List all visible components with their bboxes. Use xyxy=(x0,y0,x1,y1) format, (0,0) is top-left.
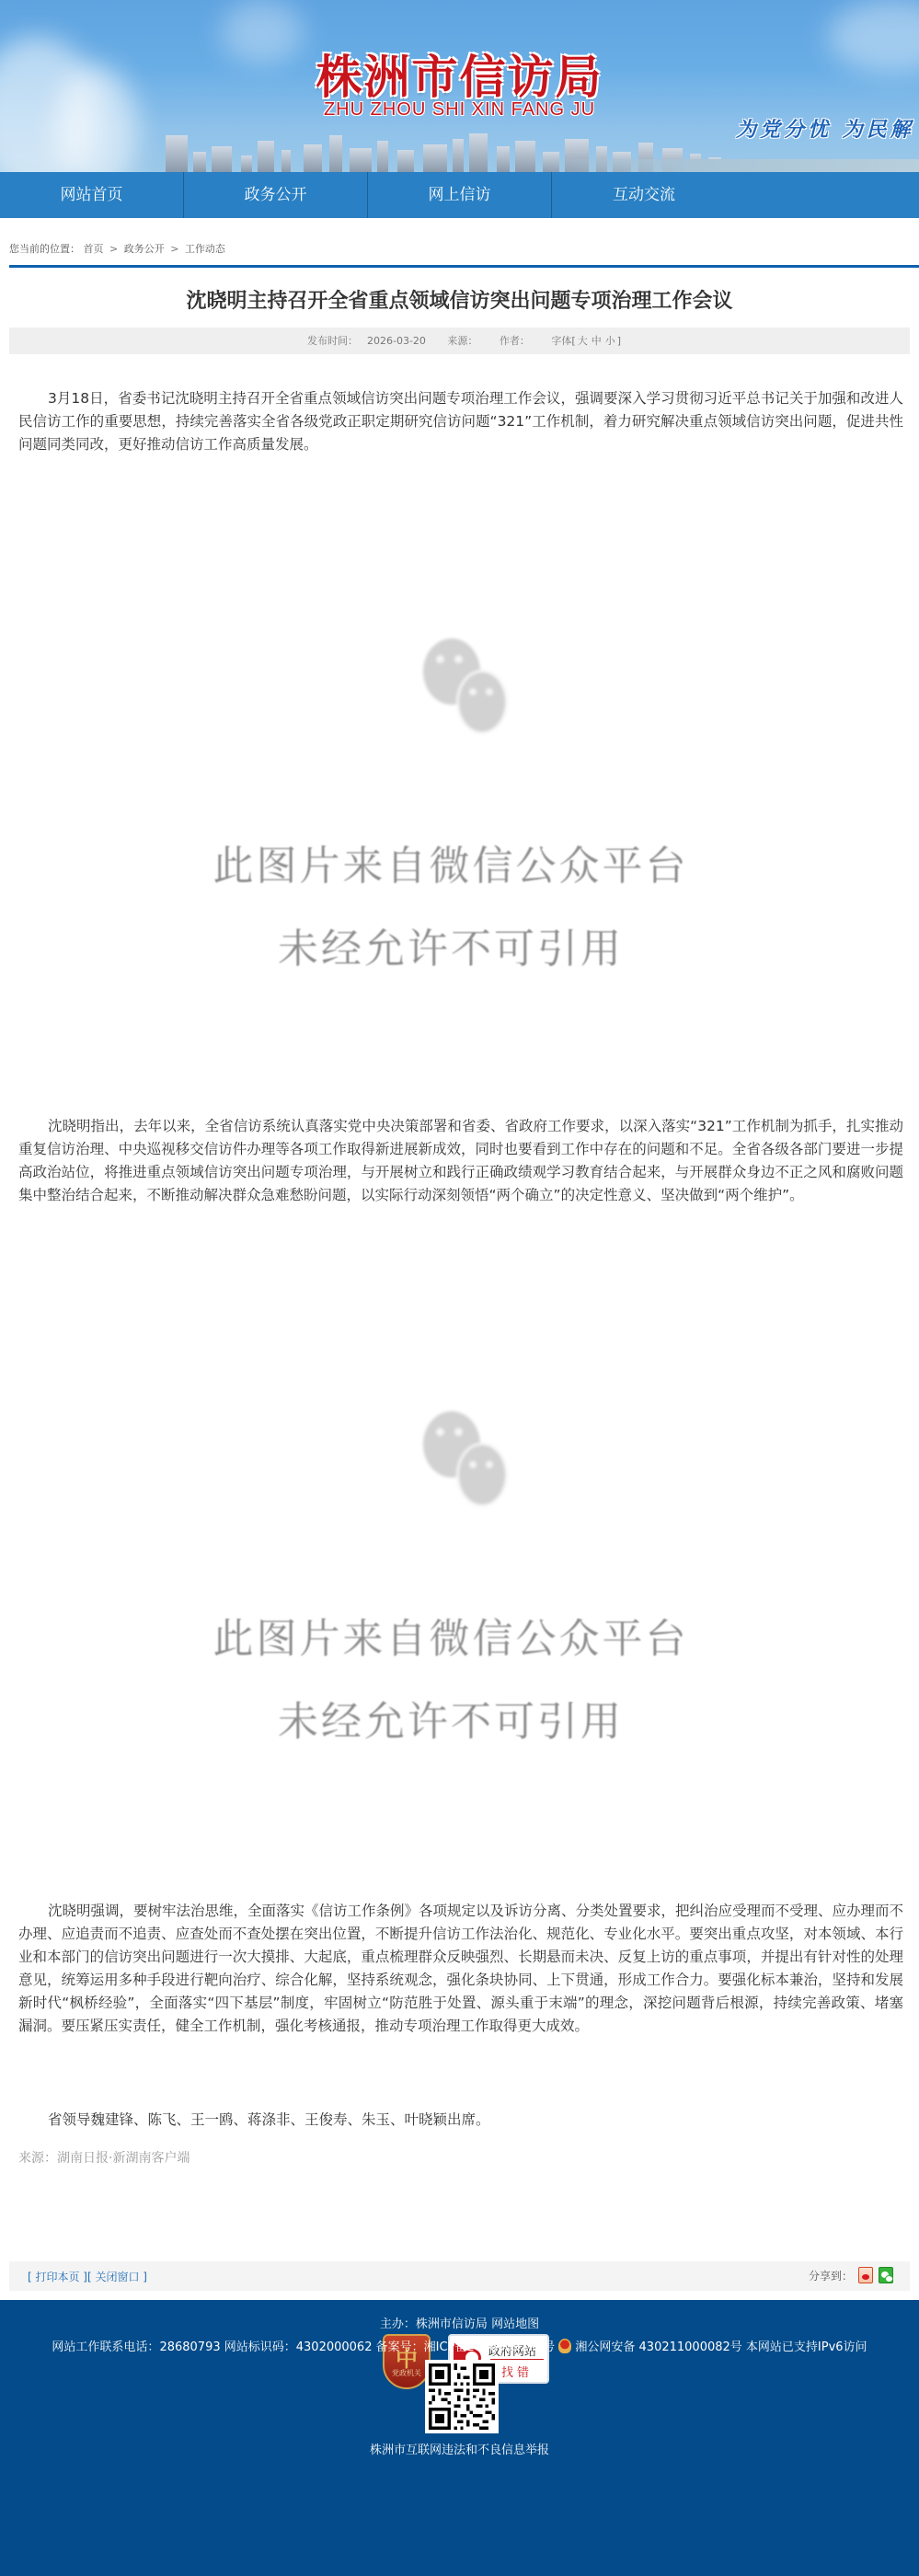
placeholder-text: 此图片来自微信公众平台 xyxy=(129,833,773,891)
publish-date: 发布时间：2026-03-20 xyxy=(298,335,426,347)
site-slogan: 为党分忧 为民解 xyxy=(736,114,914,143)
site-code-label: 网站标识码： xyxy=(224,2340,296,2354)
author-label: 作者： xyxy=(500,335,530,347)
publish-date-value: 2026-03-20 xyxy=(367,335,426,347)
article-toolbar: [ 打印本页 ][ 关闭窗口 ] 分享到： xyxy=(9,2261,910,2291)
article-image-placeholder: 此图片来自微信公众平台 未经允许不可引用 xyxy=(129,589,773,1012)
illegal-info-report-link[interactable]: 株洲市互联网违法和不良信息举报 xyxy=(370,2444,549,2457)
font-size-small[interactable]: 小 xyxy=(605,335,615,347)
phone-label: 网站工作联系电话： xyxy=(52,2340,159,2354)
footer-info: 网站工作联系电话：28680793 网站标识码：4302000062 备案号：湘… xyxy=(0,2337,919,2354)
article-paragraph: 省领导魏建锋、陈飞、王一鸥、蒋涤非、王俊寿、朱玉、叶晓颖出席。 xyxy=(18,2109,903,2132)
source-label: 来源： xyxy=(447,335,477,347)
qr-code-icon xyxy=(429,2363,495,2430)
wechat-logo-icon xyxy=(412,626,523,736)
placeholder-text: 未经允许不可引用 xyxy=(129,915,773,974)
article-image-placeholder: 此图片来自微信公众平台 未经允许不可引用 xyxy=(129,1362,773,1785)
source-meta: 来源： xyxy=(447,335,477,347)
breadcrumb-work-news[interactable]: 工作动态 xyxy=(185,243,225,255)
breadcrumb: 您当前的位置： 首页 > 政务公开 > 工作动态 xyxy=(9,241,225,256)
font-size-label: 字体[ xyxy=(551,335,575,347)
article-source: 来源：湖南日报·新湖南客户端 xyxy=(18,2148,190,2167)
icp-label: 备案号： xyxy=(376,2340,424,2354)
print-links: [ 打印本页 ][ 关闭窗口 ] xyxy=(28,2269,147,2284)
phone-value: 28680793 xyxy=(159,2340,220,2354)
article-paragraph: 3月18日，省委书记沈晓明主持召开全省重点领域信访突出问题专项治理工作会议，强调… xyxy=(18,387,903,456)
article-title: 沈晓明主持召开全省重点领域信访突出问题专项治理工作会议 xyxy=(0,285,919,314)
nav-item-gov-affairs[interactable]: 政务公开 xyxy=(184,172,368,218)
site-banner: 株洲市信访局 ZHU ZHOU SHI XIN FANG JU 为党分忧 为民解 xyxy=(0,0,919,172)
site-title: 株洲市信访局 xyxy=(0,40,919,107)
share-bar: 分享到： xyxy=(809,2267,893,2283)
nav-item-interaction[interactable]: 互动交流 xyxy=(552,172,736,218)
site-code-value: 4302000062 xyxy=(296,2340,373,2354)
sitemap-link[interactable]: 网站地图 xyxy=(491,2317,539,2331)
host-label: 主办：株洲市信访局 xyxy=(380,2317,488,2331)
breadcrumb-prefix: 您当前的位置： xyxy=(9,243,80,255)
nav-item-home[interactable]: 网站首页 xyxy=(0,172,184,218)
main-nav: 网站首页 政务公开 网上信访 互动交流 xyxy=(0,172,919,218)
publish-label: 发布时间： xyxy=(307,335,358,347)
divider xyxy=(9,265,919,268)
article-paragraph: 沈晓明指出，去年以来，全省信访系统认真落实党中央决策部署和省委、省政府工作要求，… xyxy=(18,1115,903,1207)
share-label: 分享到： xyxy=(809,2268,853,2283)
print-page-link[interactable]: [ 打印本页 ] xyxy=(28,2271,87,2283)
font-size-large[interactable]: 大 xyxy=(578,335,588,347)
footer-report: 株洲市互联网违法和不良信息举报 xyxy=(0,2440,919,2457)
wechat-logo-icon xyxy=(412,1398,523,1509)
font-size-close: ] xyxy=(617,335,621,347)
ipv6-notice: 本网站已支持IPv6访问 xyxy=(746,2340,867,2354)
icp-link[interactable]: 湘ICP备2026009270号 xyxy=(424,2340,555,2354)
river-decoration xyxy=(533,159,919,172)
breadcrumb-gov-affairs[interactable]: 政务公开 xyxy=(124,243,165,255)
footer-host: 主办：株洲市信访局 网站地图 xyxy=(0,2314,919,2331)
article-paragraph: 沈晓明强调，要树牢法治思维，全面落实《信访工作条例》各项规定以及诉访分离、分类处… xyxy=(18,1900,903,2038)
weibo-icon[interactable] xyxy=(858,2267,873,2283)
article-meta: 发布时间：2026-03-20 来源： 作者： 字体[大中小] xyxy=(9,328,910,354)
breadcrumb-separator: > xyxy=(170,243,178,255)
placeholder-text: 未经允许不可引用 xyxy=(129,1688,773,1747)
nav-item-online-petition[interactable]: 网上信访 xyxy=(368,172,552,218)
badge-party-text: 党政机关 xyxy=(385,2368,429,2378)
qr-code xyxy=(425,2360,499,2433)
breadcrumb-separator: > xyxy=(109,243,118,255)
breadcrumb-home[interactable]: 首页 xyxy=(84,243,104,255)
police-badge-icon xyxy=(558,2339,571,2353)
author-meta: 作者： xyxy=(500,335,530,347)
badge-gov-line2: 找错 xyxy=(501,2363,533,2380)
font-size-control: 字体[大中小] xyxy=(551,335,621,347)
police-record-link[interactable]: 湘公网安备 43021100008​2号 xyxy=(575,2340,741,2354)
close-window-link[interactable]: [ 关闭窗口 ] xyxy=(87,2271,147,2283)
wechat-icon[interactable] xyxy=(879,2267,893,2283)
placeholder-text: 此图片来自微信公众平台 xyxy=(129,1605,773,1664)
font-size-medium[interactable]: 中 xyxy=(592,335,602,347)
